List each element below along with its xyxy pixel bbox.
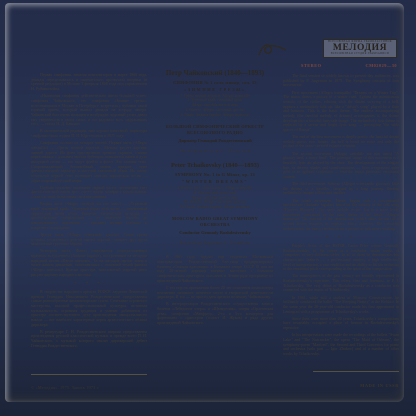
asterisk-separator: * * * — [283, 236, 399, 241]
liner-notes-paragraph: В интерпретации Рождественского осуществ… — [157, 302, 273, 325]
asterisk-separator: * * * — [31, 282, 147, 287]
movement-list-en: I. Reverie on a winter journey. Allegro … — [157, 186, 273, 211]
liner-notes-paragraph: Since then, over more than 20 years, Tch… — [283, 317, 399, 331]
liner-notes-paragraph: Вторая часть (Adagio cantabile ma non ta… — [31, 202, 147, 230]
liner-notes-paragraph: The fourth movement: Finale, begins with… — [283, 199, 399, 232]
engineer-credit-en: Recording Engineer S. Pazukhin — [157, 240, 273, 245]
liner-notes-paragraph: Глубоко поэтично окончание первой части:… — [31, 186, 147, 200]
liner-notes-paragraph: Симфония состоит из четырех частей. Перв… — [31, 141, 147, 183]
column-russian-notes: Первая симфония, начатая композитором в … — [31, 3, 147, 402]
symphony-title-ru: СИМФОНИЯ № 1 соль минор, соч. 13 — [157, 80, 273, 85]
liner-notes-paragraph: People's Artist of the RSFSR, Lenin Priz… — [283, 244, 399, 272]
movement-line: 4. Finale. Andante lugubre. Allegro maes… — [157, 113, 273, 118]
liner-notes-paragraph: В репертуаре Г. Н. Рождественского широк… — [31, 330, 147, 349]
logo-bottom-caption: ВСЕСОЮЗНАЯ СТУДИЯ ГРАМЗАПИСИ — [331, 53, 389, 56]
orchestra-name-ru: БОЛЬШОЙ СИМФОНИЧЕСКИЙ ОРКЕСТР ВСЕСОЮЗНОГ… — [157, 124, 273, 136]
liner-notes-paragraph: First movement (Allegro tranquillo) "Dre… — [283, 91, 399, 133]
liner-notes-paragraph: В окончательной редакции, нам хорошо изв… — [31, 129, 147, 138]
english-title-block: Peter Tchaikovsky (1840—1893) SYMPHONY N… — [157, 162, 273, 245]
liner-notes-paragraph: «Нынешняя симфония действительно имела б… — [31, 94, 147, 127]
movement-list-ru: 1. Грезы зимней дорогой. Allegro tranqui… — [157, 94, 273, 119]
catalog-number: СМ02029—30 — [366, 63, 398, 68]
symphony-title-en: SYMPHONY No. 1 in G Minor, op. 13 — [157, 172, 273, 177]
russian-conductor-bio-block: В творчестве народного артиста РСФСР, ла… — [31, 290, 147, 351]
liner-notes-paragraph: Первая симфония, начатая композитором в … — [31, 73, 147, 92]
liner-notes-paragraph: The end of the first movement is deeply … — [283, 135, 399, 149]
footer-rule — [31, 374, 147, 375]
liner-notes-paragraph: The masterpieces of the past century are… — [283, 274, 399, 293]
liner-notes-paragraph: В 1961 году, будучи еще студентом Москов… — [157, 255, 273, 283]
melodiya-logo: ВСЕСОЮЗНАЯ ФИРМА ГРАМПЛАСТИНОК МЕЛОДИЯ В… — [283, 39, 397, 61]
record-sleeve-back: Первая симфония, начатая композитором в … — [5, 3, 404, 402]
movement-line: IV. Finale. Andante lugubre. Allegro mae… — [157, 205, 273, 210]
liner-notes-paragraph: The final version so widely known to pre… — [283, 74, 399, 88]
liner-notes-paragraph: С тех пор на протяжении более 20 лет соч… — [157, 286, 273, 300]
composer-name-en: Peter Tchaikovsky (1840—1893) — [157, 162, 273, 169]
made-in-ussr-label: MADE IN USSR — [360, 383, 399, 388]
liner-notes-paragraph: Третья часть (Allegro scherzando giocoso… — [31, 233, 147, 247]
english-notes-block: The final version so widely known to pre… — [283, 74, 399, 234]
column-english-notes: ВСЕСОЮЗНАЯ ФИРМА ГРАМПЛАСТИНОК МЕЛОДИЯ В… — [283, 3, 399, 402]
work-subtitle-en: "WINTER DREAMS" — [157, 179, 273, 184]
column-title-credits: Петр Чайковский (1840—1893) СИМФОНИЯ № 1… — [157, 3, 273, 402]
orchestra-name-en: MOSCOW RADIO GREAT SYMPHONY ORCHESTRA — [157, 216, 273, 228]
stereo-label: STEREO — [301, 63, 321, 68]
russian-notes-block: Первая симфония, начатая композитором в … — [31, 73, 147, 280]
work-subtitle-ru: «ЗИМНИЕ ГРЕЗЫ» — [157, 87, 273, 92]
stereo-catalog-row: STEREO СМ02029—30 — [301, 63, 397, 68]
melodiya-logo-box: ВСЕСОЮЗНАЯ ФИРМА ГРАМПЛАСТИНОК МЕЛОДИЯ В… — [323, 39, 397, 58]
conductor-name-ru: Дирижер Геннадий Рождественский — [157, 138, 273, 143]
liner-notes-paragraph: The third movement: Scherzo (Allegro sch… — [283, 182, 399, 196]
english-conductor-bio-block: People's Artist of the RSFSR, Lenin Priz… — [283, 244, 399, 359]
composer-name-ru: Петр Чайковский (1840—1893) — [157, 69, 273, 77]
liner-notes-paragraph: В творчестве народного артиста РСФСР, ла… — [31, 290, 147, 327]
liner-notes-paragraph: Четвертая часть. Финал открывается сосре… — [31, 249, 147, 277]
liner-notes-paragraph: In his interpretation were made the reco… — [283, 333, 399, 356]
liner-notes-paragraph: In 1961, while still a student of Moscow… — [283, 296, 399, 315]
conductor-name-en: Conductor Gennady Rozhdestvensky — [157, 230, 273, 235]
center-russian-bio-block: В 1961 году, будучи еще студентом Москов… — [157, 255, 273, 328]
copyright-line: © «Мелодия», 1975. Запись 1973 г. — [31, 385, 99, 390]
made-in-rule — [313, 371, 399, 372]
copyright-block: © «Мелодия», 1975. Запись 1973 г. — [31, 371, 147, 403]
made-in-block: MADE IN USSR — [283, 371, 399, 402]
melodiya-flourish-icon — [257, 41, 287, 59]
engineer-credit-ru: Звукорежиссер С. Пазухин — [157, 148, 273, 153]
liner-notes-paragraph: The second movement (Adagio cantabile ma… — [283, 152, 399, 180]
